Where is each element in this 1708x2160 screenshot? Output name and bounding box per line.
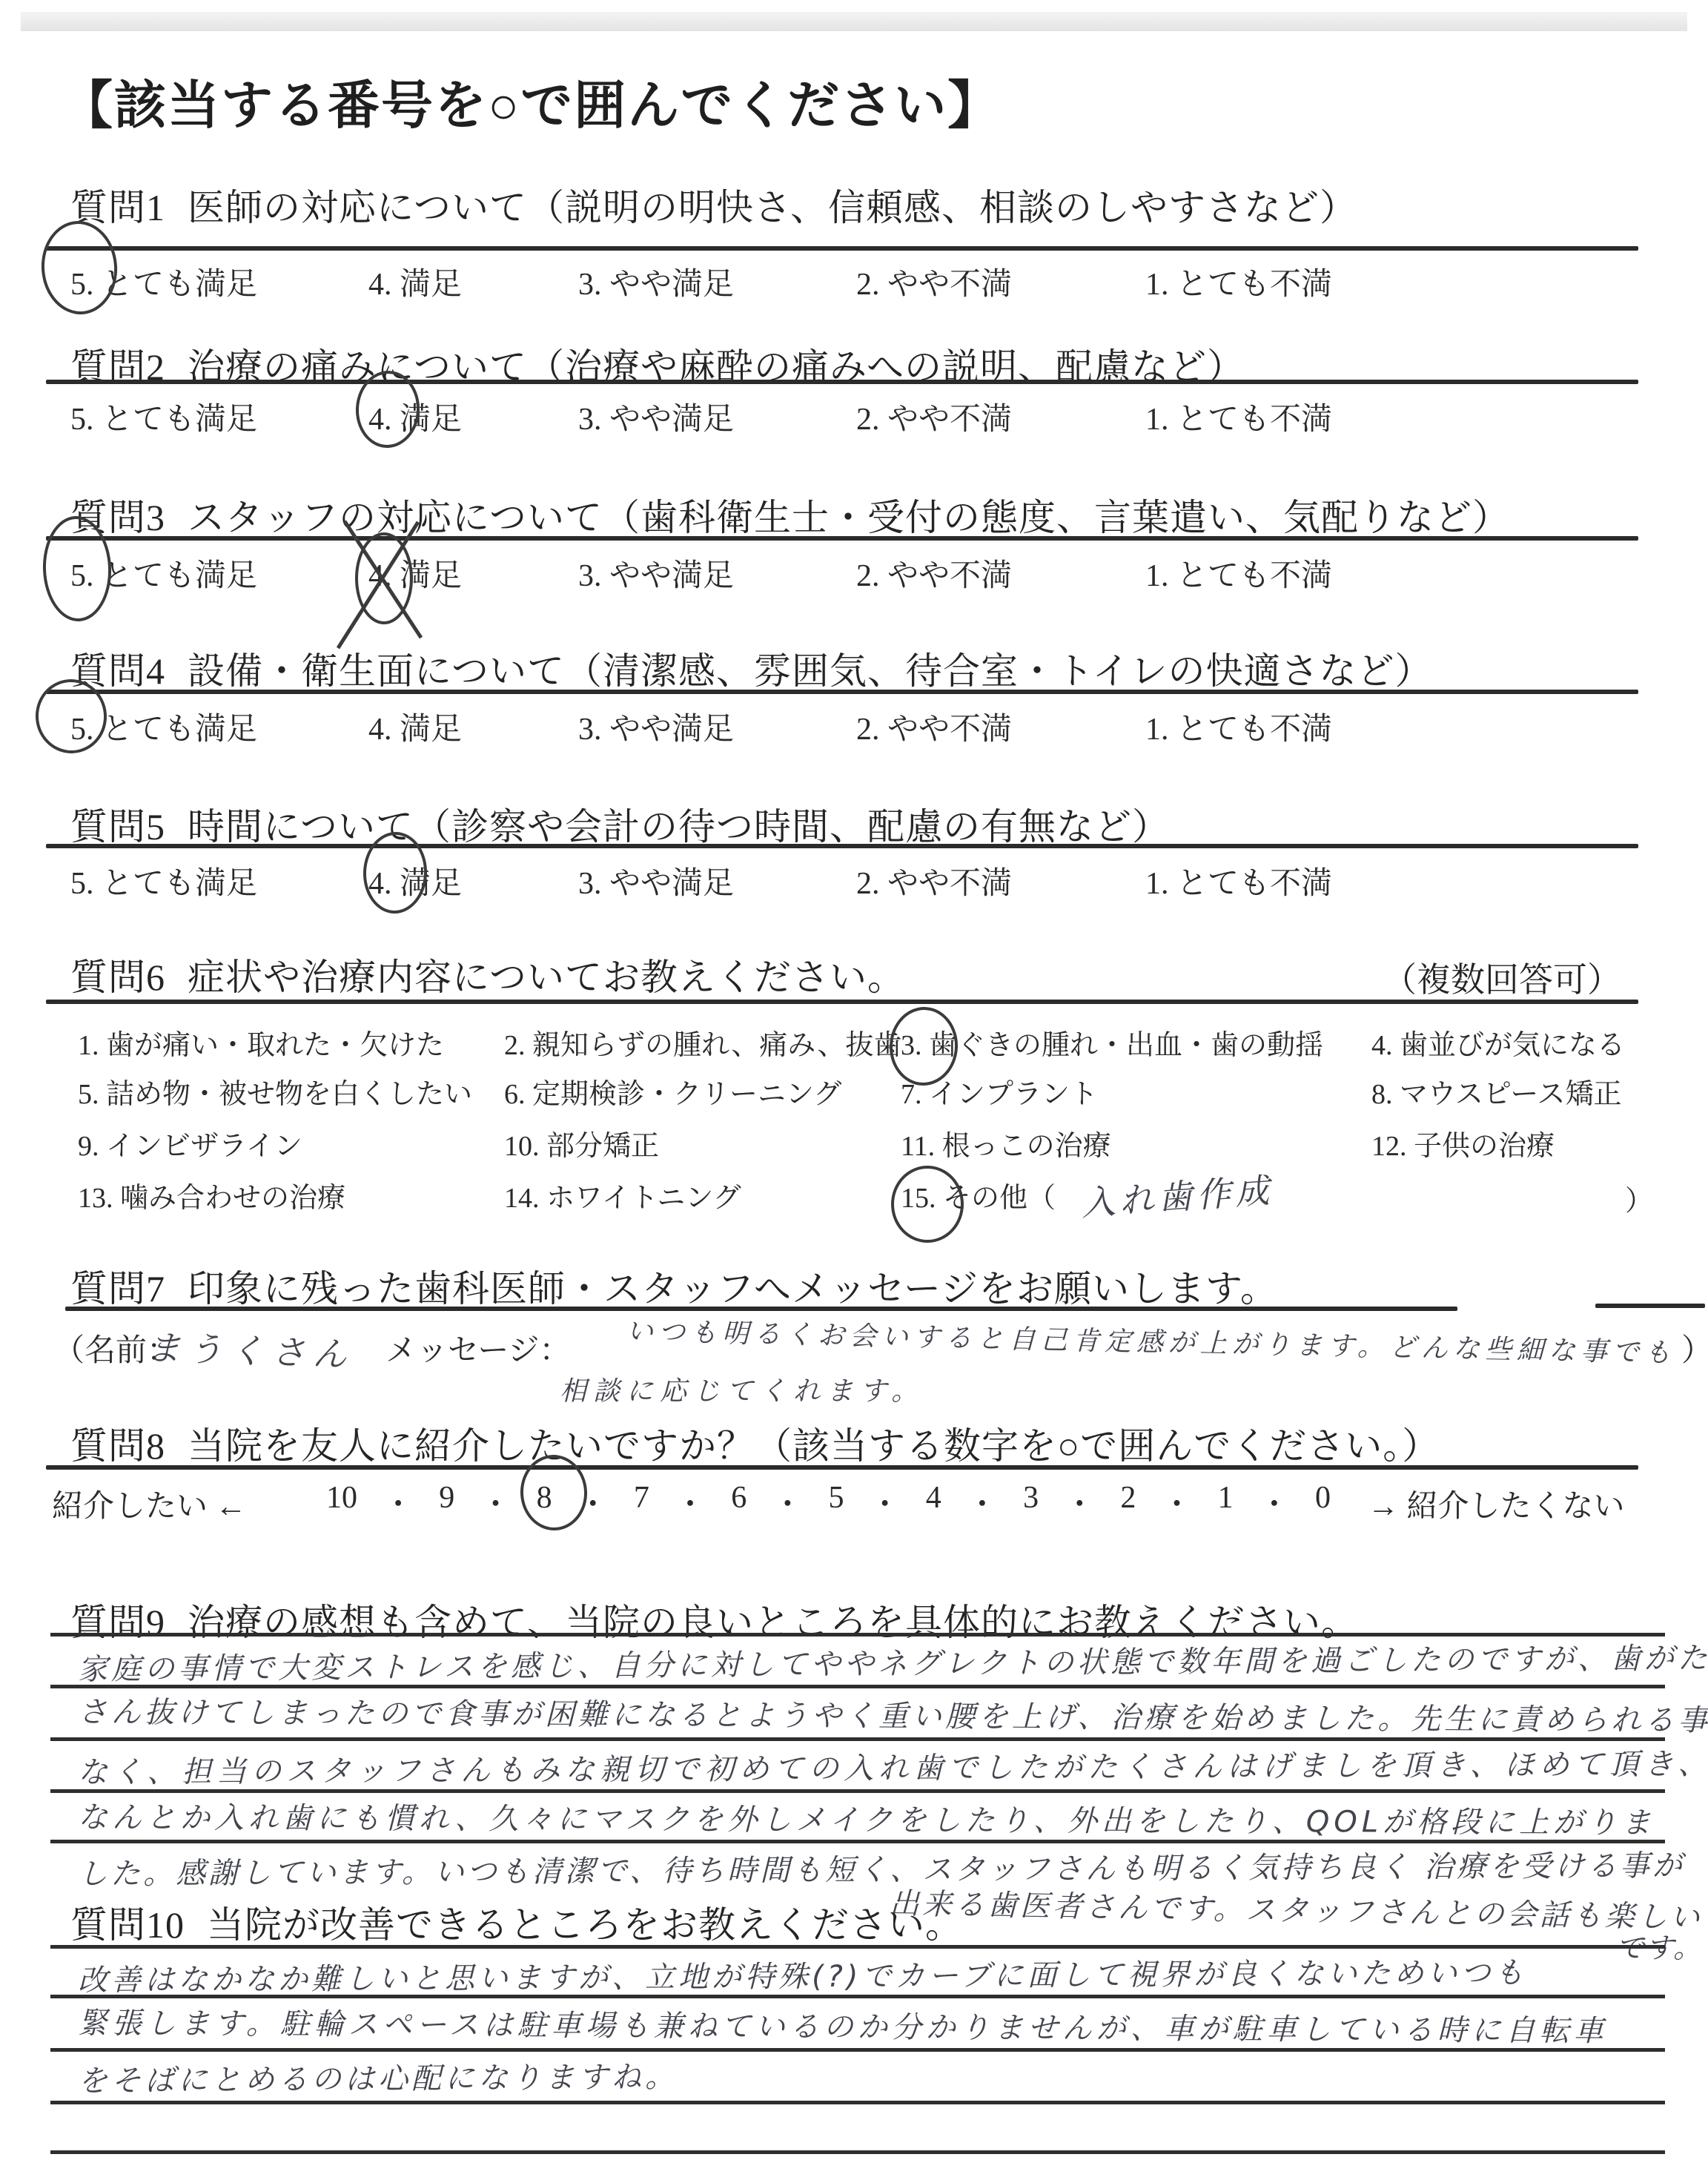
q9-answer-line-5: した。感謝しています。いつも清潔で、待ち時間も短く、スタッフさんも明るく気持ち良… — [78, 1842, 1685, 1892]
q10-title: 質問10当院が改善できるところをお教えください。 — [70, 1895, 963, 1949]
q6-item-8: 8. マウスピース矯正 — [1371, 1071, 1621, 1112]
q6-item-5: 5. 詰め物・被せ物を白くしたい — [78, 1071, 472, 1112]
q4-option-4: 4. 満足 — [368, 704, 462, 749]
q8-scale-row: 10 ・ 9 ・ 8 ・ 7 ・ 6 ・ 5 ・ 4 ・ 3 ・ 2 ・ 1 ・… — [326, 1480, 1331, 1525]
q5-title: 質問5時間について（診察や会計の待つ時間、配慮の有無など） — [70, 797, 1170, 851]
q7-underline-fragment — [1595, 1304, 1705, 1308]
q1-options-row: 5. とても満足 4. 満足 3. やや満足 2. やや不満 1. とても不満 — [0, 260, 1708, 311]
q6-item-6: 6. 定期検診・クリーニング — [504, 1071, 841, 1112]
q3-title: 質問3スタッフの対応について（歯科衛生士・受付の態度、言葉遣い、気配りなど） — [70, 488, 1510, 541]
q6-item-4: 4. 歯並びが気になる — [1371, 1022, 1625, 1063]
q5-title-text: 時間について（診察や会計の待つ時間、配慮の有無など） — [188, 806, 1170, 848]
q5-option-2: 2. やや不満 — [856, 859, 1012, 903]
q7-title: 質問7印象に残った歯科医師・スタッフへメッセージをお願いします。 — [70, 1259, 1278, 1312]
q3-option-1: 1. とても不満 — [1145, 551, 1332, 595]
q9-ruled-line — [50, 1737, 1665, 1741]
q6-row-1: 1. 歯が痛い・取れた・欠けた 2. 親知らずの腫れ、痛み、抜歯 3. 歯ぐきの… — [0, 1022, 1708, 1068]
q8-dot: ・ — [967, 1480, 998, 1525]
q5-underline — [46, 844, 1638, 848]
q6-item-12: 12. 子供の治療 — [1371, 1123, 1555, 1163]
q6-row-3: 9. インビザライン 10. 部分矯正 11. 根っこの治療 12. 子供の治療 — [0, 1123, 1708, 1169]
q2-option-3: 3. やや満足 — [578, 394, 734, 439]
q7-paren-close: ） — [1681, 1326, 1708, 1370]
q2-option-1: 1. とても不満 — [1145, 394, 1332, 439]
q10-ruled-line — [50, 1945, 1665, 1949]
q8-dot: ・ — [1259, 1480, 1290, 1525]
q1-option-3: 3. やや満足 — [578, 260, 734, 304]
q2-option-2: 2. やや不満 — [856, 394, 1012, 439]
q4-option-2: 2. やや不満 — [856, 704, 1012, 749]
q1-option-4: 4. 満足 — [368, 260, 462, 304]
q8-dot: ・ — [1162, 1480, 1193, 1525]
q3-option-3: 3. やや満足 — [578, 551, 734, 595]
q2-option-5: 5. とても満足 — [70, 394, 257, 439]
q7-underline — [65, 1307, 1457, 1311]
q8-title-text: 当院を友人に紹介したいですか？（該当する数字を○で囲んでください。） — [188, 1425, 1440, 1467]
q8-number-1: 1 — [1218, 1480, 1234, 1525]
q6-title: 質問6症状や治療内容についてお教えください。 — [70, 948, 905, 1001]
q3-options-row: 5. とても満足 4. 満足 3. やや満足 2. やや不満 1. とても不満 — [0, 551, 1708, 603]
q7-message-handwritten-line1: いつも明るくお会いすると自己肯定感が上がります。どんな些細な事でも — [626, 1310, 1677, 1370]
q8-dot: ・ — [772, 1480, 803, 1525]
q10-answer-line-2: 緊張します。駐輪スペースは駐車場も兼ねているのか分かりませんが、車が駐車している… — [78, 2000, 1608, 2050]
q4-option-3: 3. やや満足 — [578, 704, 734, 749]
q7-label: 質問7 — [70, 1268, 165, 1309]
q5-label: 質問5 — [70, 806, 165, 848]
q8-number-6: 6 — [731, 1480, 747, 1525]
q4-title: 質問4設備・衛生面について（清潔感、雰囲気、待合室・トイレの快適さなど） — [70, 641, 1433, 695]
q8-number-3: 3 — [1023, 1480, 1039, 1525]
q8-number-10: 10 — [326, 1480, 357, 1525]
q1-underline — [46, 246, 1638, 251]
q8-dot: ・ — [1064, 1480, 1095, 1525]
q8-left-label: 紹介したい ← — [52, 1482, 247, 1526]
q6-item-15-circle-annotation — [891, 1166, 964, 1243]
q8-number-0: 0 — [1315, 1480, 1331, 1525]
q6-row-2: 5. 詰め物・被せ物を白くしたい 6. 定期検診・クリーニング 7. インプラン… — [0, 1071, 1708, 1117]
q7-title-text: 印象に残った歯科医師・スタッフへメッセージをお願いします。 — [188, 1268, 1278, 1309]
scanned-survey-form: 【該当する番号を○で囲んでください】 質問1医師の対応について（説明の明快さ、信… — [0, 0, 1708, 2160]
q5-option-3: 3. やや満足 — [578, 859, 734, 903]
q10-answer-line-3: をそばにとめるのは心配になりますね。 — [78, 2053, 678, 2100]
q10-ruled-line — [50, 2101, 1665, 2104]
q9-answer-line-6: 出来る歯医者さんです。スタッフさんとの会話も楽しい — [890, 1880, 1704, 1936]
q8-dot: ・ — [480, 1480, 511, 1525]
q3-crossed-circle-annotation — [326, 495, 448, 655]
q9-label: 質問9 — [70, 1602, 165, 1643]
q2-options-row: 5. とても満足 4. 満足 3. やや満足 2. やや不満 1. とても不満 — [0, 394, 1708, 446]
q6-item-1: 1. 歯が痛い・取れた・欠けた — [78, 1022, 444, 1063]
q9-answer-line-3: なく、担当のスタッフさんもみな親切で初めての入れ歯でしたがたくさんはげましを頂き… — [78, 1740, 1708, 1791]
q10-label: 質問10 — [70, 1904, 185, 1946]
q1-title-text: 医師の対応について（説明の明快さ、信頼感、相談のしやすさなど） — [188, 187, 1357, 228]
q8-number-7: 7 — [634, 1480, 649, 1525]
q8-number-9: 9 — [439, 1480, 454, 1525]
q4-options-row: 5. とても満足 4. 満足 3. やや満足 2. やや不満 1. とても不満 — [0, 704, 1708, 756]
q6-item-10: 10. 部分矯正 — [504, 1123, 659, 1163]
q4-underline — [46, 690, 1638, 694]
q8-title: 質問8当院を友人に紹介したいですか？（該当する数字を○で囲んでください。） — [70, 1416, 1440, 1470]
q3-underline — [46, 536, 1638, 541]
q8-number-4: 4 — [926, 1480, 941, 1525]
q8-label: 質問8 — [70, 1425, 165, 1467]
q6-item-3: 3. 歯ぐきの腫れ・出血・歯の動揺 — [901, 1022, 1323, 1063]
q1-title: 質問1医師の対応について（説明の明快さ、信頼感、相談のしやすさなど） — [70, 178, 1357, 231]
q8-right-label: → 紹介したくない — [1368, 1482, 1625, 1526]
q6-item-11: 11. 根っこの治療 — [901, 1123, 1111, 1163]
q8-dot: ・ — [870, 1480, 901, 1525]
q6-title-text: 症状や治療内容についてお教えください。 — [188, 957, 905, 998]
q5-options-row: 5. とても満足 4. 満足 3. やや満足 2. やや不満 1. とても不満 — [0, 859, 1708, 911]
form-header: 【該当する番号を○で囲んでください】 — [61, 64, 1001, 139]
q6-item-14: 14. ホワイトニング — [504, 1175, 741, 1215]
q7-message-label: メッセージ： — [385, 1326, 570, 1370]
q8-underline — [46, 1465, 1638, 1470]
q4-option-1: 1. とても不満 — [1145, 704, 1332, 749]
q6-row-4: 13. 噛み合わせの治療 14. ホワイトニング 15. その他（ — [0, 1175, 1708, 1221]
q9-title-text: 治療の感想も含めて、当院の良いところを具体的にお教えください。 — [188, 1602, 1359, 1643]
q8-number-5: 5 — [828, 1480, 844, 1525]
q5-option-5: 5. とても満足 — [70, 859, 257, 903]
q6-label: 質問6 — [70, 957, 165, 998]
q10-title-text: 当院が改善できるところをお教えください。 — [207, 1904, 963, 1946]
q1-option-2: 2. やや不満 — [856, 260, 1012, 304]
q6-item-2: 2. 親知らずの腫れ、痛み、抜歯 — [504, 1022, 902, 1063]
q10-answer-line-1: 改善はなかなか難しいと思いますが、立地が特殊(?)でカーブに面して視界が良くない… — [78, 1949, 1528, 1999]
q4-title-text: 設備・衛生面について（清潔感、雰囲気、待合室・トイレの快適さなど） — [188, 650, 1433, 692]
q8-dot: ・ — [675, 1480, 706, 1525]
q2-underline — [46, 380, 1638, 384]
q7-name-handwritten: まうくさん — [146, 1321, 355, 1377]
q7-message-handwritten-line2: 相談に応じてくれます。 — [560, 1370, 924, 1408]
q10-ruled-line — [50, 2150, 1665, 2154]
q6-item-9: 9. インビザライン — [78, 1123, 302, 1163]
q6-underline — [46, 1000, 1638, 1004]
q5-option-1: 1. とても不満 — [1145, 859, 1332, 903]
q6-multi-answer-note: （複数回答可） — [1383, 953, 1621, 1002]
q8-dot: ・ — [383, 1480, 414, 1525]
q9-answer-line-4: なんとか入れ歯にも慣れ、久々にマスクを外しメイクをしたり、外出をしたり、QOLが… — [78, 1794, 1655, 1841]
q1-option-1: 1. とても不満 — [1145, 260, 1332, 304]
q3-option-2: 2. やや不満 — [856, 551, 1012, 595]
q6-item-15-suffix: ） — [1625, 1178, 1653, 1218]
q8-number-2: 2 — [1120, 1480, 1136, 1525]
scan-artifact-band — [21, 12, 1687, 31]
q9-answer-line-2: さん抜けてしまったので食事が困難になるとようやく重い腰を上げ、治療を始めました。… — [78, 1688, 1708, 1740]
q6-item-13: 13. 噛み合わせの治療 — [78, 1175, 345, 1215]
